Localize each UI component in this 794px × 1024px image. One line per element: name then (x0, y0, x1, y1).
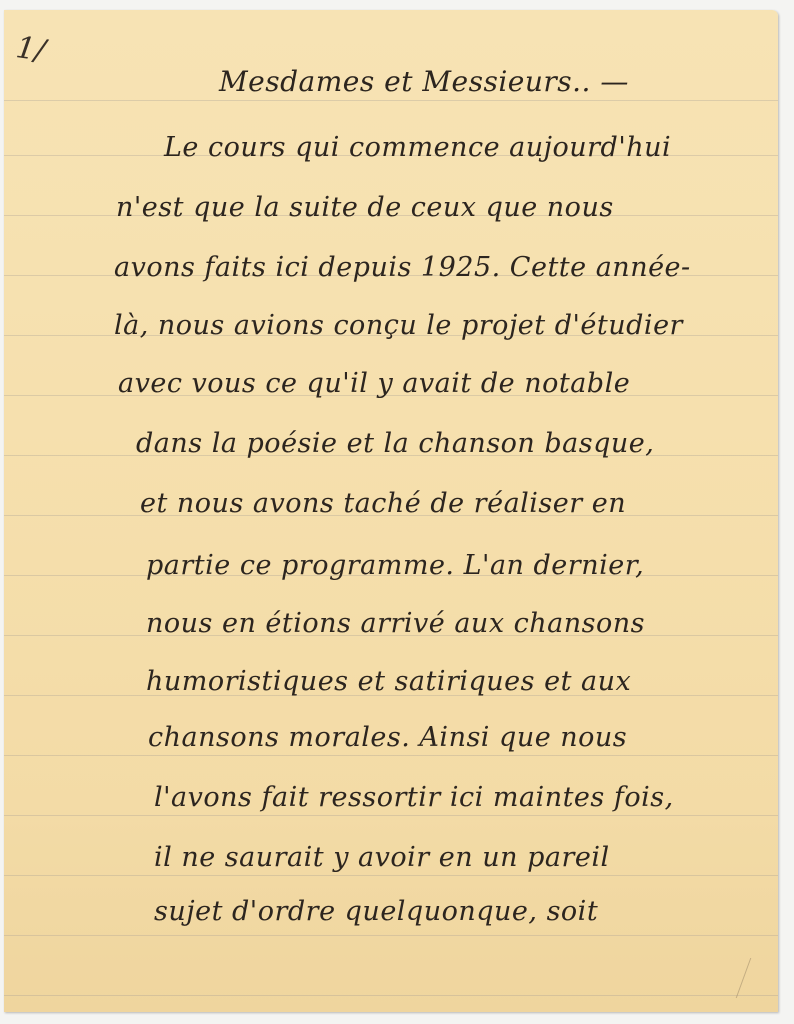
text-line-14: sujet d'ordre quelquonque, soit (154, 896, 598, 927)
text-line-9: nous en étions arrivé aux chansons (146, 608, 645, 639)
ruled-line (4, 995, 778, 996)
text-line-12: l'avons fait ressortir ici maintes fois, (154, 782, 674, 813)
text-line-2: n'est que la suite de ceux que nous (116, 192, 614, 223)
text-line-5: avec vous ce qu'il y avait de notable (118, 368, 630, 399)
text-line-10: humoristiques et satiriques et aux (146, 666, 631, 697)
text-line-8: partie ce programme. L'an dernier, (146, 550, 644, 581)
ruled-line (4, 935, 778, 936)
manuscript-page: 1/ Mesdames et Messieurs.. — Le cours qu… (4, 10, 778, 1012)
text-line-1: Le cours qui commence aujourd'hui (164, 132, 671, 163)
text-line-3: avons faits ici depuis 1925. Cette année… (114, 252, 691, 283)
folio-number: 1/ (14, 30, 48, 69)
text-line-6: dans la poésie et la chanson basque, (136, 428, 654, 459)
text-line-11: chansons morales. Ainsi que nous (148, 722, 627, 753)
page-corner-fold (736, 958, 778, 998)
salutation: Mesdames et Messieurs.. — (219, 65, 629, 98)
ruled-line (4, 815, 778, 816)
text-line-4: là, nous avions conçu le projet d'étudie… (114, 310, 683, 341)
ruled-line (4, 755, 778, 756)
ruled-line (4, 100, 778, 101)
text-line-13: il ne saurait y avoir en un pareil (154, 842, 610, 873)
ruled-line (4, 875, 778, 876)
text-line-7: et nous avons taché de réaliser en (140, 488, 626, 519)
